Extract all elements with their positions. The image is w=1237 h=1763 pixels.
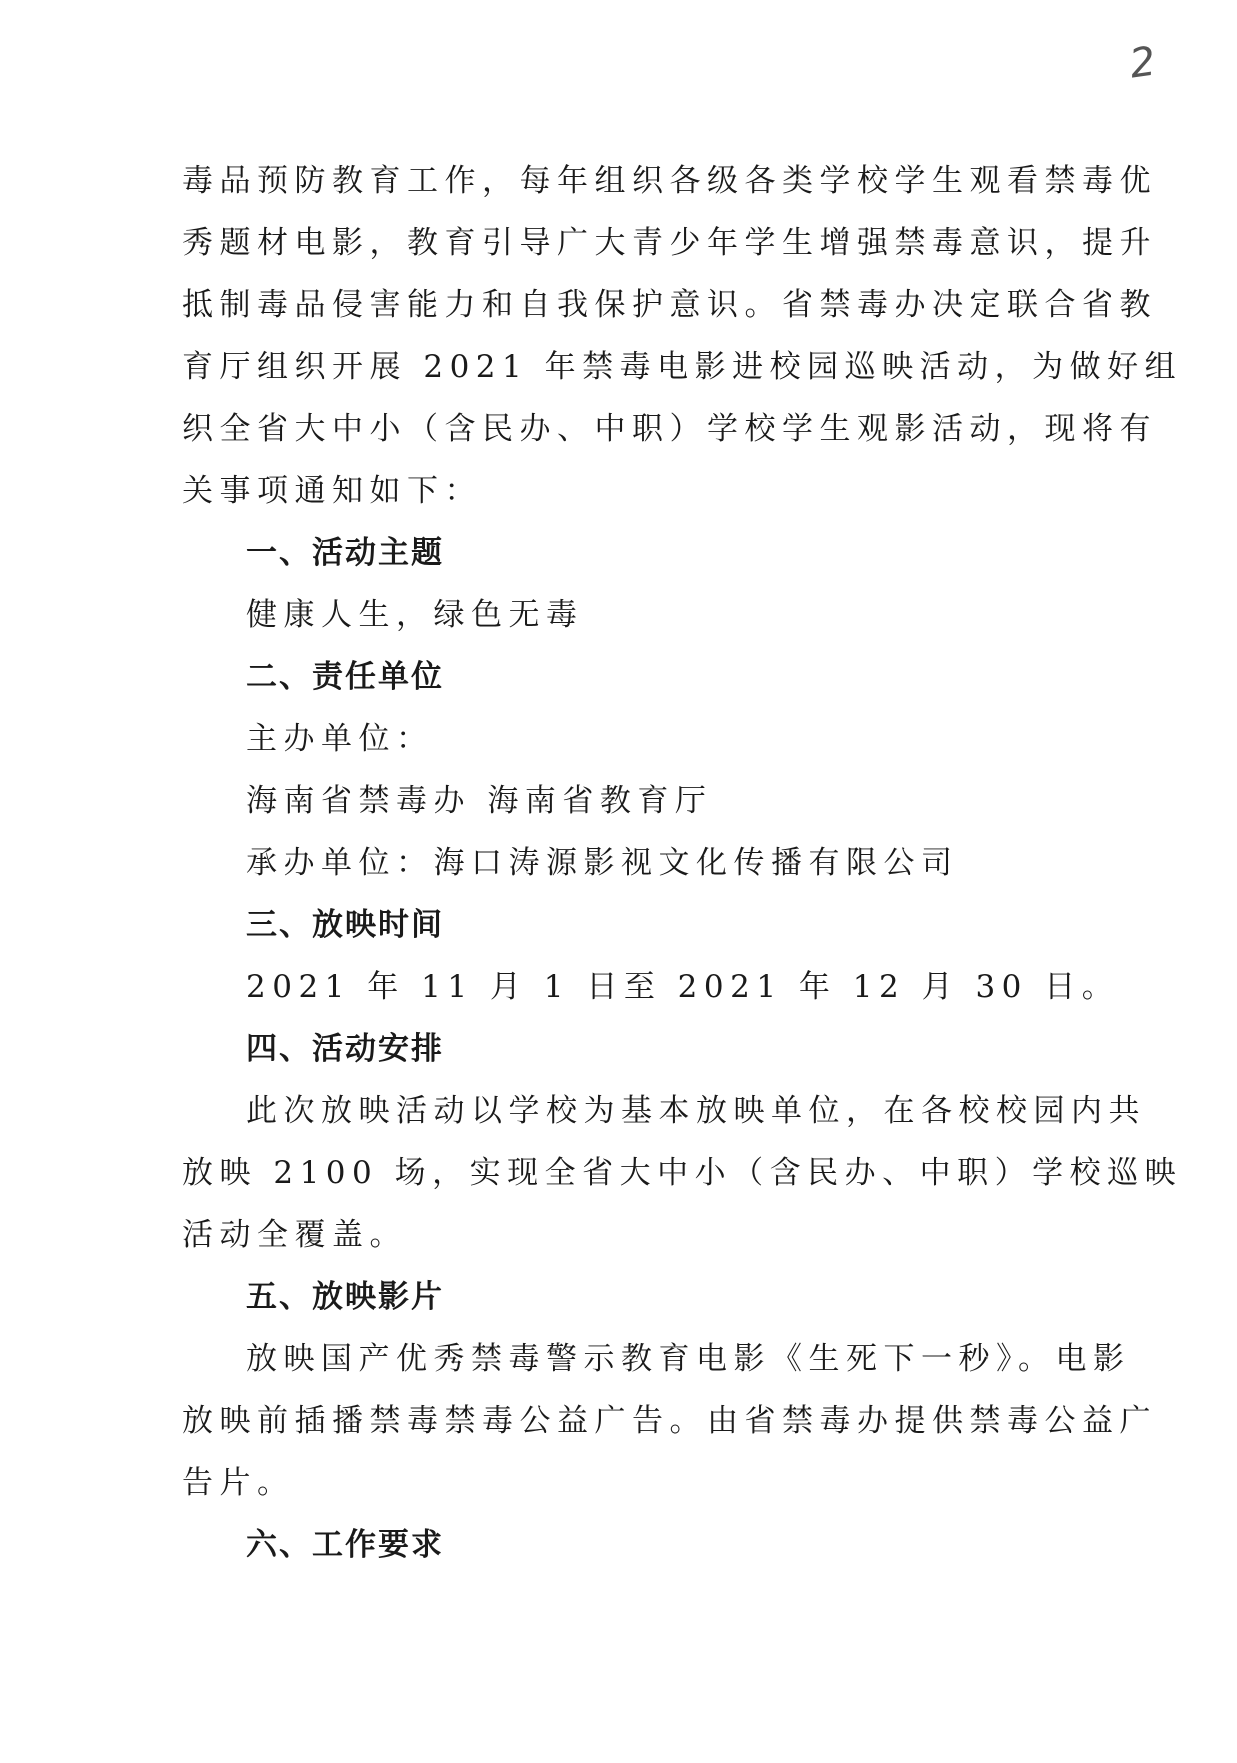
section-heading-work-requirements: 六、工作要求	[182, 1514, 1052, 1576]
section-text: 告片。	[182, 1452, 1052, 1514]
section-text: 承办单位：海口涛源影视文化传播有限公司	[182, 832, 1052, 894]
intro-line: 关事项通知如下：	[182, 460, 1052, 522]
section-text: 放映国产优秀禁毒警示教育电影《生死下一秒》。电影	[182, 1328, 1052, 1390]
section-heading-theme: 一、活动主题	[182, 522, 1052, 584]
document-body: 毒品预防教育工作，每年组织各级各类学校学生观看禁毒优 秀题材电影，教育引导广大青…	[182, 150, 1052, 1576]
handwritten-page-number: 2	[1127, 38, 1159, 87]
intro-line: 毒品预防教育工作，每年组织各级各类学校学生观看禁毒优	[182, 150, 1052, 212]
section-text: 海南省禁毒办 海南省教育厅	[182, 770, 1052, 832]
section-text: 活动全覆盖。	[182, 1204, 1052, 1266]
intro-line: 抵制毒品侵害能力和自我保护意识。省禁毒办决定联合省教	[182, 274, 1052, 336]
section-heading-responsible-units: 二、责任单位	[182, 646, 1052, 708]
section-text: 放映前插播禁毒禁毒公益广告。由省禁毒办提供禁毒公益广	[182, 1390, 1052, 1452]
section-heading-screening-time: 三、放映时间	[182, 894, 1052, 956]
section-text: 此次放映活动以学校为基本放映单位，在各校校园内共	[182, 1080, 1052, 1142]
section-text: 健康人生，绿色无毒	[182, 584, 1052, 646]
section-text: 主办单位：	[182, 708, 1052, 770]
intro-line: 育厅组织开展 2021 年禁毒电影进校园巡映活动，为做好组	[182, 336, 1052, 398]
intro-line: 织全省大中小（含民办、中职）学校学生观影活动，现将有	[182, 398, 1052, 460]
section-text: 2021 年 11 月 1 日至 2021 年 12 月 30 日。	[182, 956, 1052, 1018]
section-heading-arrangement: 四、活动安排	[182, 1018, 1052, 1080]
section-text: 放映 2100 场，实现全省大中小（含民办、中职）学校巡映	[182, 1142, 1052, 1204]
section-heading-film: 五、放映影片	[182, 1266, 1052, 1328]
intro-line: 秀题材电影，教育引导广大青少年学生增强禁毒意识，提升	[182, 212, 1052, 274]
